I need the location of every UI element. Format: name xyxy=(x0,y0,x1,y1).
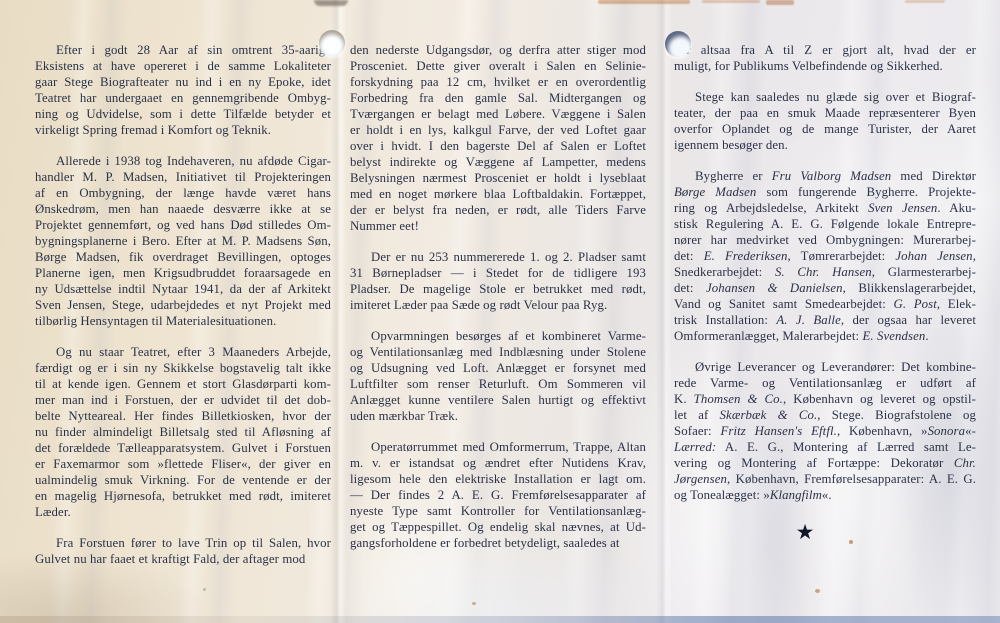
foxing-speck xyxy=(472,602,476,605)
text-line: Vand og Sanitet samt Smedearbejdet: G. P… xyxy=(674,296,976,312)
footer-star: ★ xyxy=(770,520,840,545)
text-line: overfor Oplandet og de mange Turister, d… xyxy=(674,121,976,137)
text-line: Og nu staar Teatret, efter 3 Maaneders A… xyxy=(35,344,331,360)
text-line: nu finder almindeligt Billetsalg sted ti… xyxy=(35,424,331,440)
paragraph: Allerede i 1938 tog Indehaveren, nu afdø… xyxy=(35,153,331,329)
text-line: Læder. xyxy=(35,504,331,520)
paragraph: Bygherre er Fru Valborg Madsen med Direk… xyxy=(674,168,976,344)
text-line: der altsaa fra A til Z er gjort alt, hva… xyxy=(674,42,976,58)
text-line: handler M. P. Madsen, Initiativet til Pr… xyxy=(35,169,331,185)
text-line: Efter i godt 28 Aar af sin omtrent 35-aa… xyxy=(35,42,331,58)
text-line: Anlægget kunne ventilere Salen hurtigt o… xyxy=(350,392,646,408)
paragraph: Fra Forstuen fører to lave Trin op til S… xyxy=(35,535,331,567)
punch-hole-left xyxy=(319,30,345,56)
text-line: med en noget mørkere blaa Loftbaldakin. … xyxy=(350,186,646,202)
text-line: muligt, for Publikums Velbefindende og S… xyxy=(674,58,976,74)
paragraph: Operatørrummet med Omformerrum, Trappe, … xyxy=(350,439,646,551)
text-line: en magelig Hjørnesofa, betrukket med rød… xyxy=(35,488,331,504)
text-line: til at kende igen. Gennem et stort Glasd… xyxy=(35,376,331,392)
text-line: og Ventilationsanlæg med Indblæsning und… xyxy=(350,344,646,360)
text-line: — Der findes 2 A. E. G. Fremførelsesappa… xyxy=(350,487,646,503)
paragraph: Opvarmningen besørges af et kombineret V… xyxy=(350,328,646,424)
text-line: Stege kan saaledes nu glæde sig over et … xyxy=(674,89,976,105)
paragraph: den nederste Udgangsdør, og derfra atter… xyxy=(350,42,646,234)
text-line: og Udsugning ved Loft. Anlægget er forsy… xyxy=(350,360,646,376)
text-line: Børge Madsen, fik overdraget Bevillingen… xyxy=(35,249,331,265)
text-line: Gulvet nu har faaet et kraftigt Fald, de… xyxy=(35,551,331,567)
text-line: er holdt i en lys, kalkgul Farve, der ve… xyxy=(350,122,646,138)
text-line: Pladser. De magelige Stole er betrukket … xyxy=(350,281,646,297)
text-line: teater, der paa en smuk Maade repræsente… xyxy=(674,105,976,121)
paragraph: Der er nu 253 nummererede 1. og 2. Plads… xyxy=(350,249,646,313)
paragraph: Stege kan saaledes nu glæde sig over et … xyxy=(674,89,976,153)
paragraph: Og nu staar Teatret, efter 3 Maaneders A… xyxy=(35,344,331,520)
text-line: forskydning paa 12 cm, hvilket er en ove… xyxy=(350,74,646,90)
text-line: virkeligt Spring fremad i Komfort og Tek… xyxy=(35,122,331,138)
text-line: ligesom hele den elektriske Installation… xyxy=(350,471,646,487)
rust-mark xyxy=(598,0,690,4)
foxing-speck xyxy=(203,588,206,591)
text-line: m. v. er istandsat og ændret efter Nutid… xyxy=(350,455,646,471)
text-line: vering og Montering af Fortæppe: Dekorat… xyxy=(674,455,976,471)
text-line: Snedkerarbejdet: S. Chr. Hansen, Glarmes… xyxy=(674,264,976,280)
text-column-3: der altsaa fra A til Z er gjort alt, hva… xyxy=(674,42,976,518)
fold-line-left xyxy=(330,0,346,623)
text-line: Luftfilter som renser Returluft. Om Somm… xyxy=(350,376,646,392)
text-line: get og Tæppespillet. Og endelig skal næv… xyxy=(350,519,646,535)
text-line: belyst indirekte og Væggene af Lampetter… xyxy=(350,154,646,170)
scan-edge-shadow xyxy=(0,616,1000,623)
text-line: Jørgensen, København, Fremførelsesappara… xyxy=(674,471,976,487)
text-line: rede Varme- og Ventilationsanlæg er udfø… xyxy=(674,375,976,391)
text-line: færdigt og er i sin ny Skikkelse bogstav… xyxy=(35,360,331,376)
rust-mark xyxy=(766,0,794,5)
text-line: den nederste Udgangsdør, og derfra atter… xyxy=(350,42,646,58)
text-line: Forbedring fra den gamle Sal. Midtergang… xyxy=(350,90,646,106)
text-line: imiteret Læder paa Sæde og rødt Velour p… xyxy=(350,297,646,313)
scanned-brochure-page: Efter i godt 28 Aar af sin omtrent 35-aa… xyxy=(0,0,1000,623)
rust-mark xyxy=(702,0,760,3)
punch-hole-right xyxy=(665,31,691,57)
text-line: Tværgangen er belagt med Løbere. Væggene… xyxy=(350,106,646,122)
text-line: Bygherre er Fru Valborg Madsen med Direk… xyxy=(674,168,976,184)
paragraph: Efter i godt 28 Aar af sin omtrent 35-aa… xyxy=(35,42,331,138)
paper-edge-smudge xyxy=(314,0,348,6)
text-line: nører har medvirket ved Ombygningen: Mur… xyxy=(674,232,976,248)
text-line: Lærred: A. E. G., Montering af Lærred sa… xyxy=(674,439,976,455)
text-line: og Tonealægget: »Klangfilm«. xyxy=(674,487,976,503)
text-line: Øvrige Leverancer og Leverandører: Det k… xyxy=(674,359,976,375)
text-line: Nummer eet! xyxy=(350,218,646,234)
text-line: det: E. Frederiksen, Tømrerarbejdet: Joh… xyxy=(674,248,976,264)
foxing-speck xyxy=(849,540,853,544)
paragraph: Øvrige Leverancer og Leverandører: Det k… xyxy=(674,359,976,503)
text-line: mer man ind i Forstuen, der er udvidet t… xyxy=(35,392,331,408)
text-line: gaar Stege Biografteater nu ind i en ny … xyxy=(35,74,331,90)
text-line: Omformeranlægget, Malerarbejdet: E. Sven… xyxy=(674,328,976,344)
text-line: af en Ombygning, der længe havde været h… xyxy=(35,185,331,201)
text-line: der er belyst fra neden, er rødt, alle T… xyxy=(350,202,646,218)
text-line: nyeste Type samt Kontroller for Ventilat… xyxy=(350,503,646,519)
text-line: Eksistens at have opereret i de samme Lo… xyxy=(35,58,331,74)
text-line: ning og Udvidelse, som i dette Tilfælde … xyxy=(35,106,331,122)
text-line: Planerne igen, men Krigsudbruddet foraar… xyxy=(35,265,331,281)
text-line: ny Udsættelse indtil Nytaar 1941, da der… xyxy=(35,281,331,297)
text-line: gangsforholdene er forbedret betydeligt,… xyxy=(350,535,646,551)
text-line: ring og Arbejdsledelse, Arkitekt Sven Je… xyxy=(674,200,976,216)
fold-line-right xyxy=(656,0,672,623)
text-line: over i hvidt. I den bagerste Del af Sale… xyxy=(350,138,646,154)
text-line: Fra Forstuen fører to lave Trin op til S… xyxy=(35,535,331,551)
text-line: Operatørrummet med Omformerrum, Trappe, … xyxy=(350,439,646,455)
text-line: Opvarmningen besørges af et kombineret V… xyxy=(350,328,646,344)
text-line: stisk Regulering A. E. G. Følgende lokal… xyxy=(674,216,976,232)
foxing-speck xyxy=(815,589,820,593)
text-column-2: den nederste Udgangsdør, og derfra atter… xyxy=(350,42,646,566)
text-line: K. Thomsen & Co., København og leveret o… xyxy=(674,391,976,407)
text-line: igennem besøger den. xyxy=(674,137,976,153)
paragraph: der altsaa fra A til Z er gjort alt, hva… xyxy=(674,42,976,74)
text-line: er Faxemarmor som »flettede Fliser«, der… xyxy=(35,456,331,472)
rust-mark xyxy=(905,0,945,3)
text-line: belte Nytteareal. Her findes Billetkiosk… xyxy=(35,408,331,424)
text-line: Allerede i 1938 tog Indehaveren, nu afdø… xyxy=(35,153,331,169)
text-line: trisk Installation: A. J. Balle, der ogs… xyxy=(674,312,976,328)
text-line: Sven Jensen, Stege, udarbejdedes et nyt … xyxy=(35,297,331,313)
text-line: tilbørlig Hensyntagen til Materialesitua… xyxy=(35,313,331,329)
text-line: uden mærkbar Træk. xyxy=(350,408,646,424)
text-line: Ønskedrøm, men han naaede desværre ikke … xyxy=(35,201,331,217)
text-column-1: Efter i godt 28 Aar af sin omtrent 35-aa… xyxy=(35,42,331,582)
text-line: bygningsplanerne i Bero. Efter at M. P. … xyxy=(35,233,331,249)
text-line: 31 Børnepladser — i Stedet for de tidlig… xyxy=(350,265,646,281)
text-line: Børge Madsen som fungerende Bygherre. Pr… xyxy=(674,184,976,200)
text-line: Sofaer: Fritz Hansen's Eftfl., København… xyxy=(674,423,976,439)
text-line: Belysningen nærmest Prosceniet er holdt … xyxy=(350,170,646,186)
text-line: det: Johansen & Danielsen, Blikkenslager… xyxy=(674,280,976,296)
text-line: let af Skærbæk & Co., Stege. Biografstol… xyxy=(674,407,976,423)
text-line: Der er nu 253 nummererede 1. og 2. Plads… xyxy=(350,249,646,265)
text-line: Teatret har undergaaet en gennemgribende… xyxy=(35,90,331,106)
text-line: det forældede Tælleapparatsystem. Gulvet… xyxy=(35,440,331,456)
text-line: Prosceniet. Dette giver overalt i Salen … xyxy=(350,58,646,74)
text-line: ualmindelig smuk Virkning. For de venten… xyxy=(35,472,331,488)
text-line: Projektet gennemført, og ved hans Død st… xyxy=(35,217,331,233)
